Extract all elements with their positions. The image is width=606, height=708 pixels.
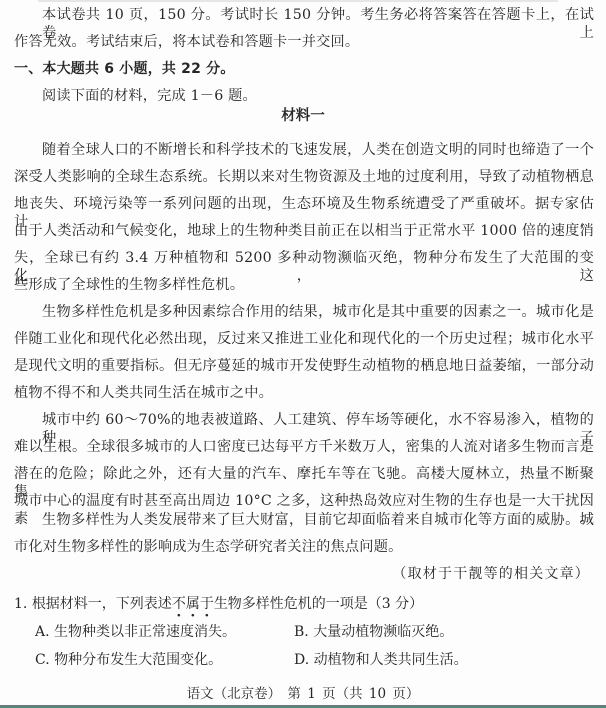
top-rule bbox=[38, 0, 558, 2]
paragraph-2-line-4: 植物不得不和人类共同生活在城市之中。 bbox=[14, 384, 594, 402]
option-d-label: D. bbox=[294, 652, 309, 668]
option-b-label: B. bbox=[294, 624, 309, 640]
emphasis-char-1: 不 bbox=[172, 593, 186, 613]
option-a-label: A. bbox=[35, 624, 50, 640]
question-stem-before: 根据材料一，下列表述 bbox=[32, 596, 172, 612]
option-b-text: 大量动植物濒临灭绝。 bbox=[313, 624, 453, 640]
question-1-stem: 1. 根据材料一，下列表述不属于生物多样性危机的一项是（3 分） bbox=[14, 593, 423, 613]
paragraph-3-line-2: 难以生根。全球很多城市的人口密度已达每平方千米数万人，密集的人流对诸多生物而言是 bbox=[14, 438, 594, 456]
paragraph-1-line-1: 随着全球人口的不断增长和科学技术的飞速发展，人类在创造文明的同时也缔造了一个 bbox=[42, 141, 594, 159]
emphasis-char-3: 于 bbox=[200, 593, 214, 613]
section-title: 一、本大题共 6 小题，共 22 分。 bbox=[14, 60, 594, 78]
option-c-label: C. bbox=[35, 652, 50, 668]
page-footer: 语文（北京卷） 第 1 页（共 10 页） bbox=[0, 682, 606, 702]
paragraph-4-line-2: 市化对生物多样性的影响成为生态学研究者关注的焦点问题。 bbox=[14, 538, 594, 556]
instructions-line-2: 作答无效。考试结束后，将本试卷和答题卡一并交回。 bbox=[14, 33, 594, 51]
paragraph-1-line-2: 深受人类影响的全球生态系统。长期以来对生物资源及土地的过度利用，导致了动植物栖息 bbox=[14, 168, 594, 186]
option-c: C. 物种分布发生大范围变化。 bbox=[35, 649, 222, 669]
paragraph-2-line-3: 是现代文明的重要指标。但无序蔓延的城市开发使野生动植物的栖息地日益萎缩，一部分动 bbox=[14, 357, 594, 375]
question-stem-after: 生物多样性危机的一项是（3 分） bbox=[214, 596, 423, 612]
paragraph-2-line-2: 伴随工业化和现代化必然出现，反过来又推进工业化和现代化的一个历史过程；城市化水平 bbox=[14, 330, 594, 348]
question-number: 1. bbox=[14, 596, 27, 612]
paragraph-1-line-6: 些形成了全球性的生物多样性危机。 bbox=[14, 276, 594, 294]
material-heading: 材料一 bbox=[0, 104, 606, 125]
paragraph-2-line-1: 生物多样性危机是多种因素综合作用的结果，城市化是其中重要的因素之一。城市化是 bbox=[42, 303, 594, 321]
paragraph-4-line-1: 生物多样性为人类发展带来了巨大财富，目前它却面临着来自城市化等方面的威胁。城 bbox=[42, 511, 594, 529]
option-c-text: 物种分布发生大范围变化。 bbox=[54, 652, 222, 668]
source-citation: （取材于干靓等的相关文章） bbox=[392, 563, 590, 583]
option-a: A. 生物种类以非正常速度消失。 bbox=[35, 621, 236, 641]
paragraph-1-line-4: 由于人类活动和气候变化，地球上的生物种类目前正在以相当于正常水平 1000 倍的… bbox=[14, 222, 594, 240]
option-d-text: 动植物和人类共同生活。 bbox=[314, 652, 468, 668]
section-prompt: 阅读下面的材料，完成 1－6 题。 bbox=[42, 87, 594, 105]
option-d: D. 动植物和人类共同生活。 bbox=[294, 649, 468, 669]
option-b: B. 大量动植物濒临灭绝。 bbox=[294, 621, 453, 641]
option-a-text: 生物种类以非正常速度消失。 bbox=[54, 624, 236, 640]
emphasis-char-2: 属 bbox=[186, 593, 200, 613]
exam-page: 本试卷共 10 页，150 分。考试时长 150 分钟。考生务必将答案答在答题卡… bbox=[0, 0, 606, 708]
